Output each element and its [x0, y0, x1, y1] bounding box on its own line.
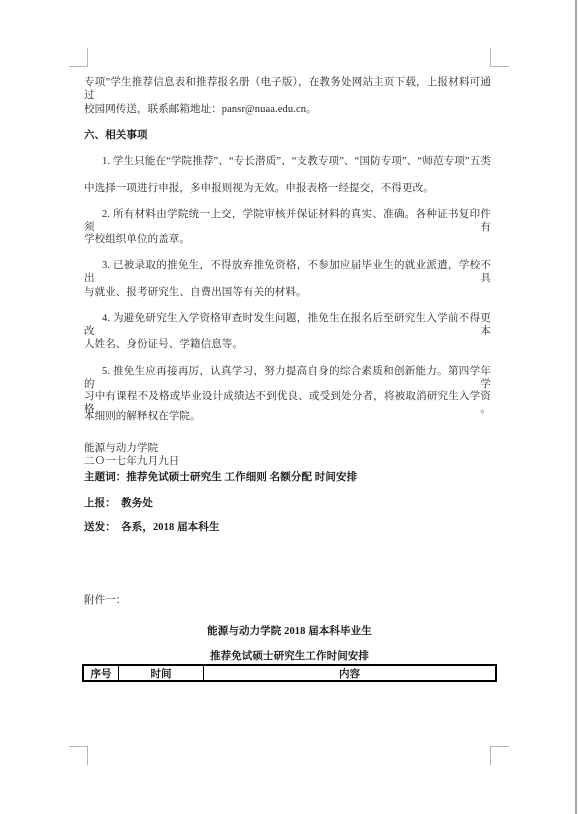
body-line: 2. 所有材料由学院统一上交，学院审核并保证材料的真实、准确。各种证书复印件须有	[84, 208, 491, 234]
attachment-title-line2: 推荐免试硕士研究生工作时间安排	[82, 650, 497, 663]
section-heading: 六、相关事项	[84, 129, 148, 142]
schedule-table: 序号 时间 内容	[82, 664, 497, 682]
body-line: 5. 推免生应再接再厉，认真学习，努力提高自身的综合素质和创新能力。第四学年的学	[84, 365, 491, 391]
attachment-title-line1: 能源与动力学院 2018 届本科毕业生	[82, 625, 497, 638]
table-header-content: 内容	[204, 666, 495, 680]
table-header-time: 时间	[119, 666, 204, 680]
body-line: 1. 学生只能在“学院推荐”、“专长潜质”、“支教专项”、“国防专项”、“师范专…	[84, 155, 491, 168]
signature-date: 二Ｏ一七年九月九日	[84, 455, 179, 468]
crop-mark-bottom-right	[490, 746, 509, 765]
document-page: 专项”学生推荐信息表和推荐报名册（电子版），在教务处网站主页下载，上报材料可通过…	[0, 0, 579, 814]
body-line: 3. 已被录取的推免生，不得放弃推免资格，不参加应届毕业生的就业派遣，学校不出具	[84, 259, 491, 285]
crop-mark-bottom-left	[69, 746, 88, 765]
body-line: 与就业、报考研究生、自费出国等有关的材料。	[84, 286, 307, 299]
table-header-index: 序号	[84, 666, 119, 680]
body-line: 4. 为避免研究生入学资格审查时发生问题，推免生在报名后至研究生入学前不得更改本	[84, 312, 491, 338]
crop-mark-top-right	[490, 48, 509, 67]
page-right-edge	[575, 0, 577, 814]
body-line: 专项”学生推荐信息表和推荐报名册（电子版），在教务处网站主页下载，上报材料可通过	[84, 76, 491, 102]
report-to-line: 上报： 教务处	[84, 497, 153, 510]
distribute-to-line: 送发： 各系，2018 届本科生	[84, 521, 219, 534]
body-line: 本细则的解释权在学院。	[84, 410, 201, 423]
crop-mark-top-left	[69, 48, 88, 67]
attachment-label: 附件一：	[84, 594, 126, 607]
body-line: 校园网传送，联系邮箱地址：pansr@nuaa.edu.cn。	[84, 103, 317, 116]
body-line: 人姓名、身份证号、学籍信息等。	[84, 338, 243, 351]
body-line: 学校组织单位的盖章。	[84, 233, 190, 246]
body-line: 中选择一项进行申报，多申报则视为无效。申报表格一经提交，不得更改。	[84, 182, 434, 195]
keywords-line: 主题词：推荐免试硕士研究生 工作细则 名额分配 时间安排	[84, 471, 357, 484]
signature-college: 能源与动力学院	[84, 442, 158, 455]
